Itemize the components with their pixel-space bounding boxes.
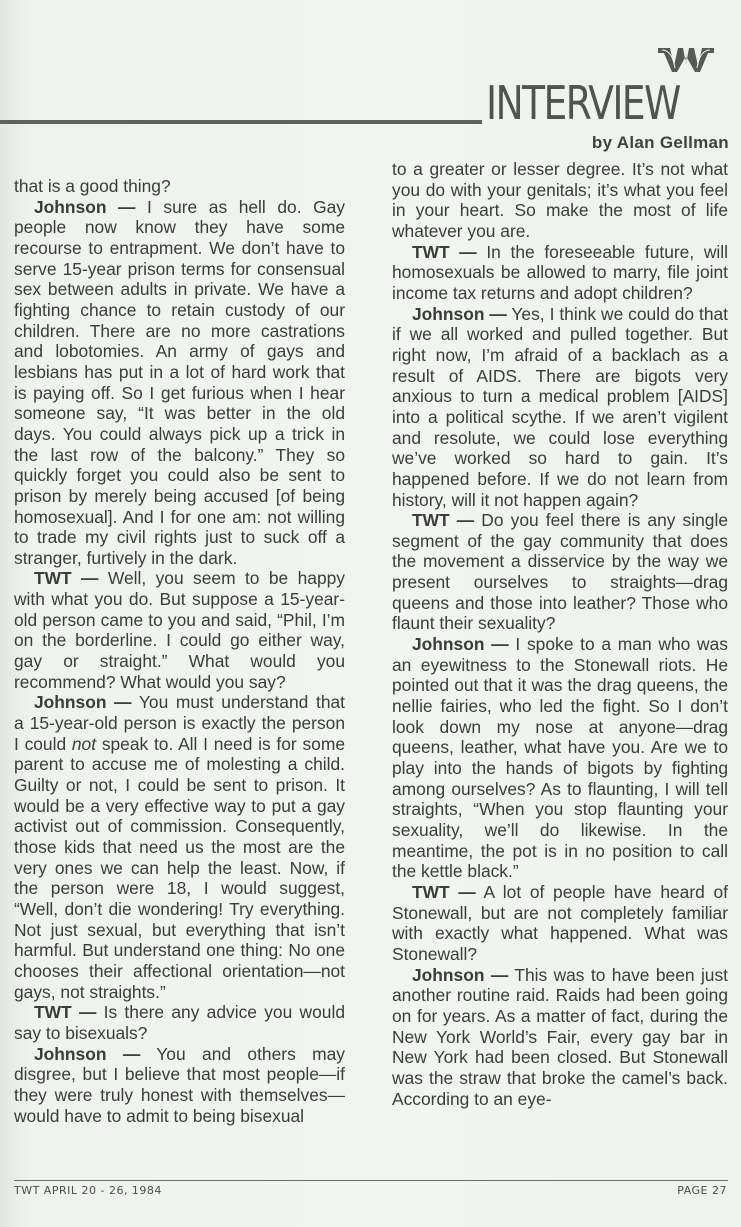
speaker-label: Johnson — [34,197,135,217]
paragraph: to a greater or lesser degree. It’s not … [392,159,728,242]
paragraph-text: Yes, I think we could do that if we all … [392,304,728,510]
speaker-label: Johnson — [412,965,508,985]
paragraph: Johnson — I spoke to a man who was an ey… [392,634,728,882]
paragraph: TWT — Is there any advice you would say … [14,1002,345,1043]
speaker-label: TWT — [34,568,98,588]
paragraph: TWT — Well, you seem to be happy with wh… [14,568,345,692]
paragraph: TWT — In the foreseeable future, will ho… [392,242,728,304]
paragraph-text: This was to have been just another routi… [392,965,728,1109]
footer-publication-date: TWT APRIL 20 - 26, 1984 [14,1184,162,1197]
twt-crown-logo-icon [656,44,716,74]
paragraph: TWT — A lot of people have heard of Ston… [392,882,728,965]
paragraph-text: that is a good thing? [14,176,171,196]
paragraph: Johnson — This was to have been just ano… [392,965,728,1110]
paragraph-text: speak to. All I need is for some parent … [14,734,345,1002]
speaker-label: Johnson — [412,304,507,324]
paragraph-text: I spoke to a man who was an eyewitness t… [392,634,728,881]
speaker-label: TWT — [412,242,477,262]
article-column-right: to a greater or lesser degree. It’s not … [392,159,728,1109]
paragraph: Johnson — You and others may disgree, bu… [14,1044,345,1127]
paragraph: Johnson — Yes, I think we could do that … [392,304,728,511]
speaker-label: TWT — [412,882,476,902]
footer-rule [14,1180,728,1181]
article-column-left: that is a good thing? Johnson — I sure a… [14,176,345,1126]
speaker-label: Johnson — [34,692,132,712]
speaker-label: Johnson — [34,1044,140,1064]
paragraph: that is a good thing? [14,176,345,197]
paragraph: Johnson — I sure as hell do. Gay people … [14,197,345,569]
header-rule [0,120,482,124]
emphasis: not [72,734,96,754]
speaker-label: Johnson — [412,634,509,654]
speaker-label: TWT — [412,510,474,530]
byline: by Alan Gellman [592,133,729,153]
speaker-label: TWT — [34,1002,96,1022]
paragraph: Johnson — You must understand that a 15-… [14,692,345,1002]
paragraph-text: I sure as hell do. Gay people now know t… [14,197,345,568]
section-title: INTERVIEW [486,80,680,126]
paragraph: TWT — Do you feel there is any single se… [392,510,728,634]
paragraph-text: to a greater or lesser degree. It’s not … [392,159,728,241]
footer-page-number: PAGE 27 [677,1184,727,1197]
